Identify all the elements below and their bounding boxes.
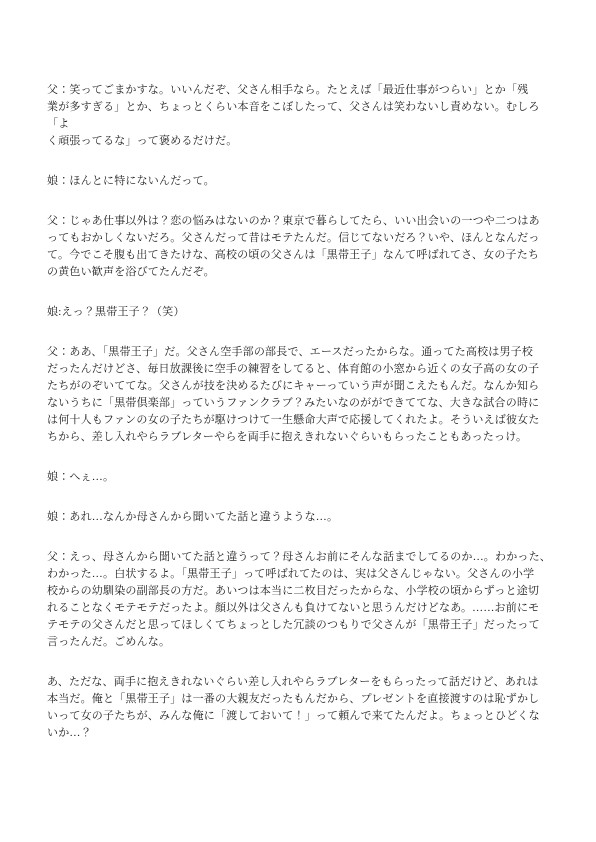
dialogue-paragraph-daughter-3: 娘：へぇ…。: [47, 469, 558, 486]
dialogue-paragraph-father-5: あ、ただな、両手に抱えきれないぐらい差し入れやらラブレターをもらったって話だけど…: [47, 674, 558, 742]
dialogue-paragraph-daughter-1: 娘：ほんとに特にないんだって。: [47, 173, 558, 190]
dialogue-paragraph-father-1: 父：笑ってごまかすな。いいんだぞ、父さん相手なら。たとえば「最近仕事がつらい」と…: [47, 82, 558, 150]
dialogue-paragraph-father-4: 父：えっ、母さんから聞いてた話と違うって？母さんお前にそんな話までしてるのか…。…: [47, 549, 558, 651]
document-page: 父：笑ってごまかすな。いいんだぞ、父さん相手なら。たとえば「最近仕事がつらい」と…: [0, 0, 596, 842]
dialogue-paragraph-daughter-4: 娘：あれ…なんか母さんから聞いてた話と違うような…。: [47, 509, 558, 526]
dialogue-transcript: 父：笑ってごまかすな。いいんだぞ、父さん相手なら。たとえば「最近仕事がつらい」と…: [47, 82, 558, 742]
dialogue-paragraph-daughter-2: 娘:えっ？黒帯王子？（笑）: [47, 304, 558, 321]
dialogue-paragraph-father-2: 父：じゃあ仕事以外は？恋の悩みはないのか？東京で暮らしてたら、いい出会いの一つや…: [47, 213, 558, 281]
dialogue-paragraph-father-3: 父：ああ、「黒帯王子」だ。父さん空手部の部長で、エースだったからな。通ってた高校…: [47, 344, 558, 446]
